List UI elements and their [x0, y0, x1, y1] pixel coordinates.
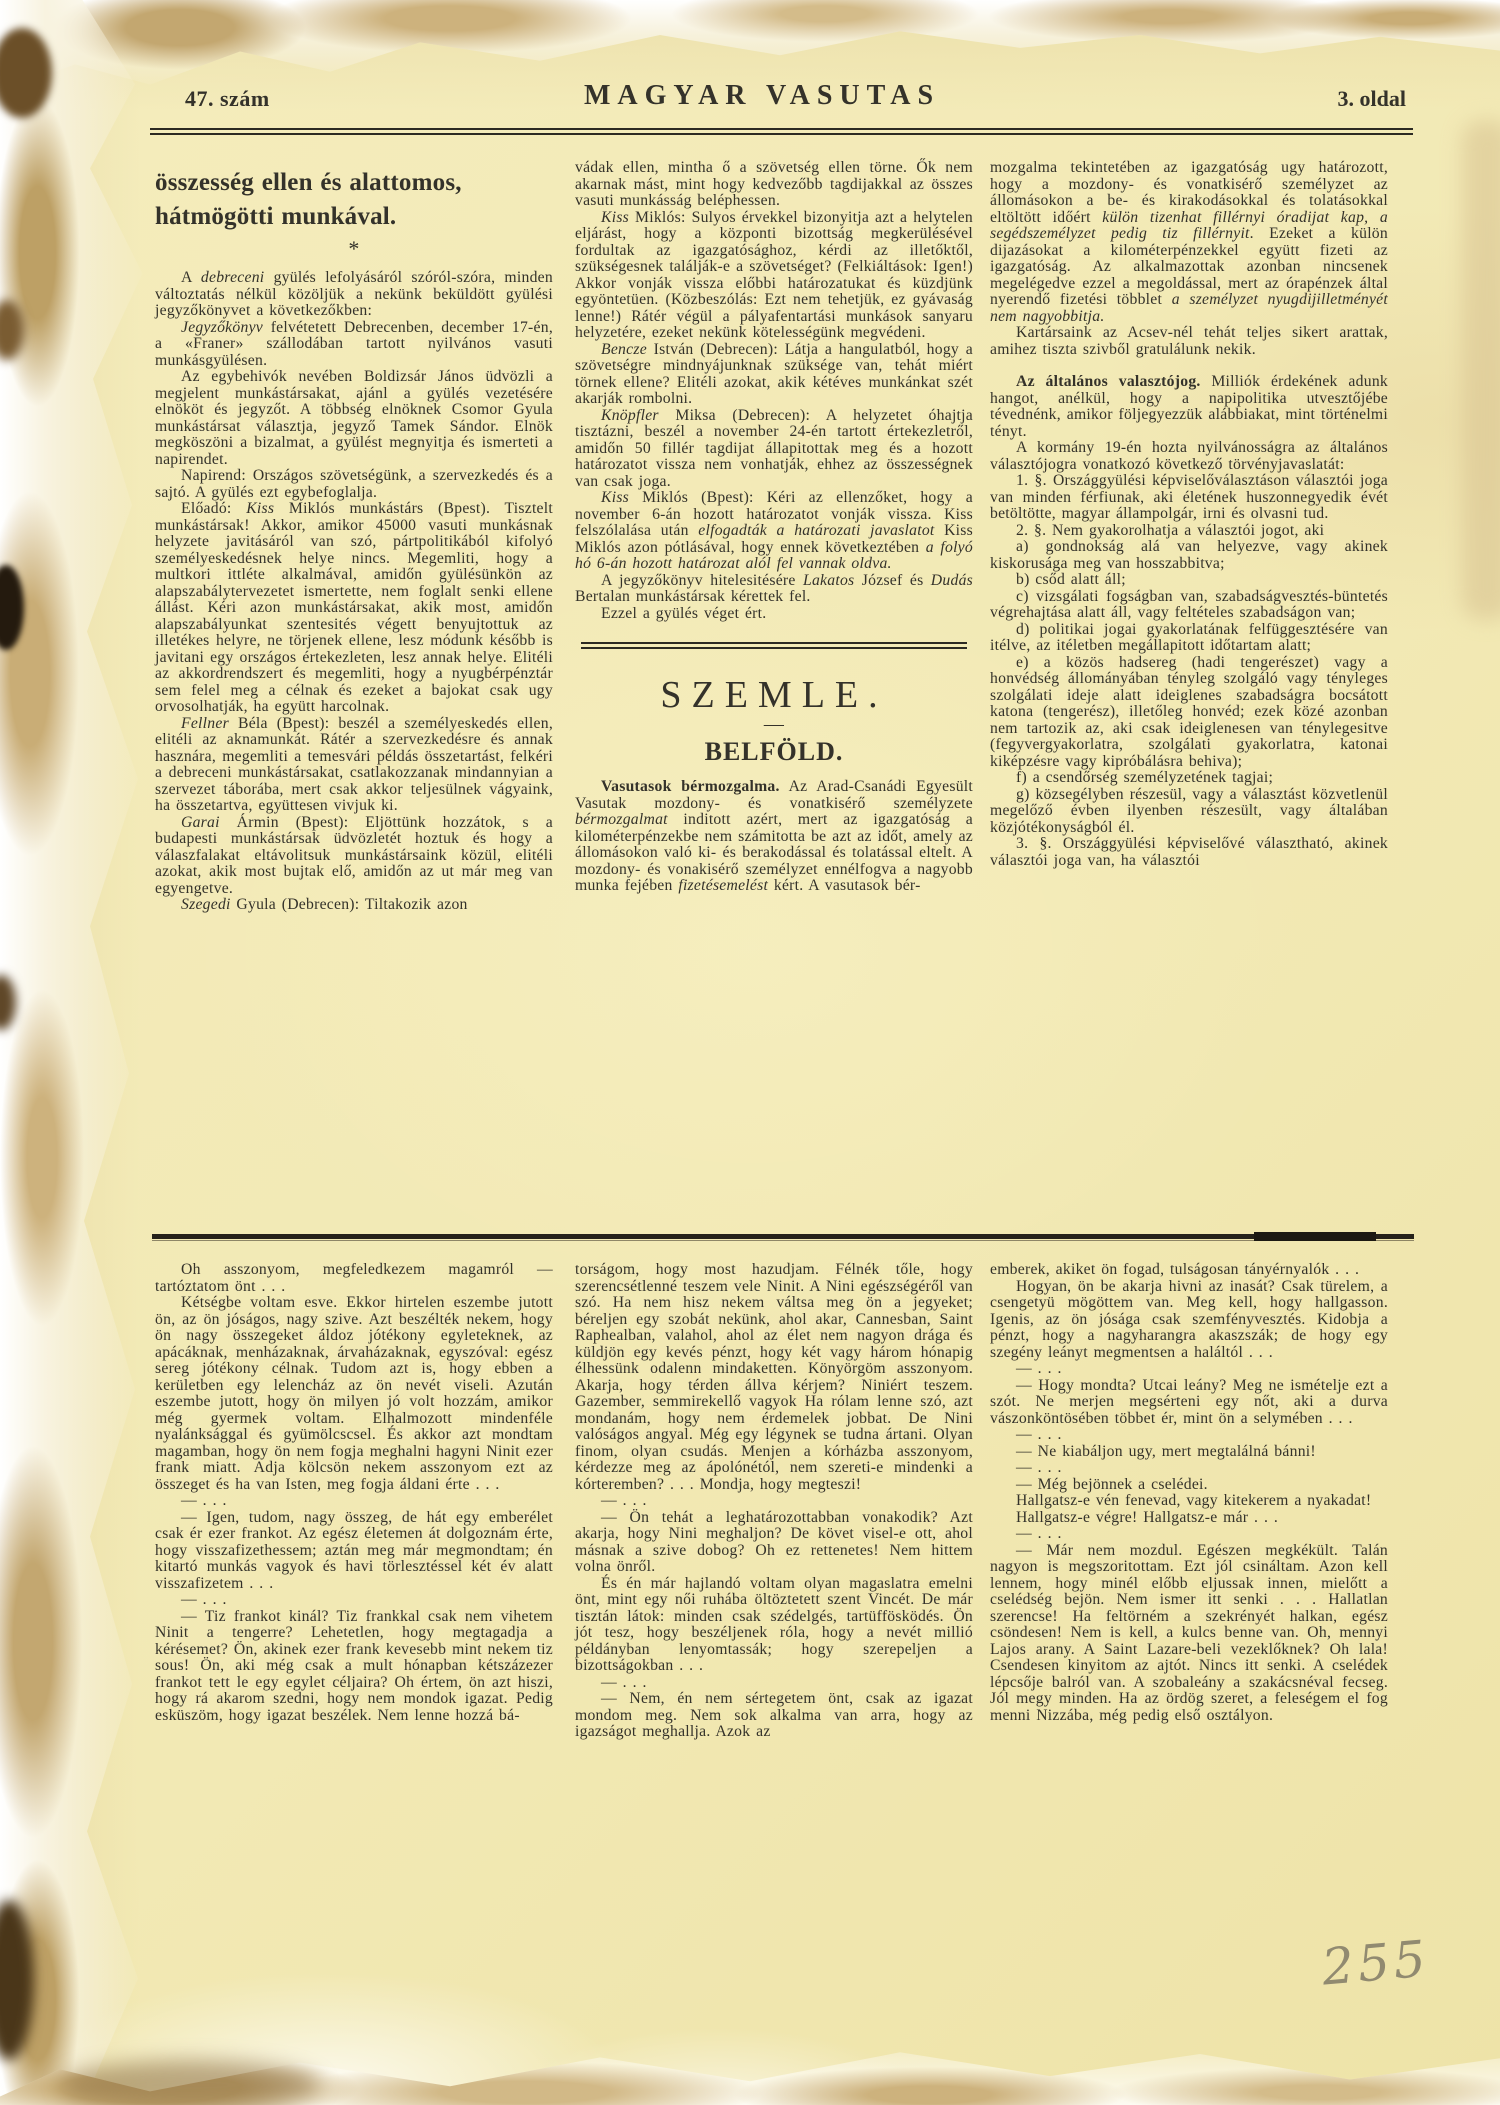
- paragraph: emberek, akiket ön fogad, tulságosan tán…: [990, 1262, 1388, 1279]
- paragraph: 2. §. Nem gyakorolhatja a választói jogo…: [990, 523, 1388, 540]
- paragraph: Vasutasok bérmozgalma. Az Arad-Csanádi E…: [575, 779, 973, 895]
- paper-shade: [1462, 120, 1500, 620]
- paragraph: Hogyan, ön be akarja hivni az inasát? Cs…: [990, 1279, 1388, 1362]
- paragraph: Hallgatsz-e végre! Hallgatsz-e már . . .: [990, 1510, 1388, 1527]
- paragraph: — Hogy mondta? Utcai leány? Meg ne ismét…: [990, 1378, 1388, 1428]
- ink-blotch: [0, 300, 24, 360]
- issue-number: 47. szám: [185, 86, 270, 112]
- paragraph: — . . .: [990, 1427, 1388, 1444]
- paragraph: 1. §. Országgyülési képviselőválasztáson…: [990, 473, 1388, 523]
- paragraph: Kiss Miklós: Sulyos érvekkel bizonyitja …: [575, 210, 973, 342]
- paragraph: Jegyzőkönyv felvétetett Debrecenben, dec…: [155, 320, 553, 370]
- page-number-label: 3. oldal: [1338, 86, 1406, 112]
- paragraph: — . . .: [990, 1460, 1388, 1477]
- paragraph: A debreceni gyülés lefolyásáról szóról-s…: [155, 270, 553, 320]
- paragraph: Bencze István (Debrecen): Látja a hangul…: [575, 342, 973, 408]
- paragraph: — . . .: [990, 1526, 1388, 1543]
- paragraph: — Ön tehát a leghatározottabban vonakodi…: [575, 1510, 973, 1576]
- paragraph: A jegyzőkönyv hitelesitésére Lakatos Józ…: [575, 573, 973, 606]
- paragraph: — . . .: [575, 1493, 973, 1510]
- paragraph: e) a közös hadsereg (hadi tengerészet) v…: [990, 655, 1388, 771]
- article-column-1: összesség ellen és alattomos, hátmögötti…: [155, 160, 553, 914]
- paragraph: f) a csendőrség személyzetének tagjai;: [990, 770, 1388, 787]
- newspaper-scan: 47. szám MAGYAR VASUTAS 3. oldal összess…: [0, 0, 1500, 2105]
- paragraph: g) közsegélyben részesül, vagy a választ…: [990, 787, 1388, 837]
- paragraph: b) csőd alatt áll;: [990, 572, 1388, 589]
- szemle-divider-rule: [581, 642, 967, 649]
- feuilleton-column-2: torságom, hogy most hazudjam. Félnék től…: [575, 1262, 973, 1741]
- paragraph: c) vizsgálati fogságban van, szabadságve…: [990, 589, 1388, 622]
- paragraph: — Nem, én nem sértegetem önt, csak az ig…: [575, 1691, 973, 1741]
- paragraph: — . . .: [575, 1675, 973, 1692]
- szemle-heading: SZEMLE.: [575, 675, 973, 715]
- header-rule: [150, 128, 1413, 135]
- handwritten-page-number: 255: [1320, 1929, 1432, 1996]
- paragraph: A kormány 19-én hozta nyilvánosságra az …: [990, 440, 1388, 473]
- paragraph: 3. §. Országgyülési képviselővé választh…: [990, 836, 1388, 869]
- paragraph: — Igen, tudom, nagy összeg, de hát egy e…: [155, 1510, 553, 1593]
- paragraph: — . . .: [990, 1361, 1388, 1378]
- paragraph: Az egybehivók nevében Boldizsár János üd…: [155, 369, 553, 468]
- torn-edge-left: [0, 0, 150, 2105]
- masthead-title: MAGYAR VASUTAS: [584, 80, 940, 112]
- paragraph: Ezzel a gyülés véget ért.: [575, 606, 973, 623]
- paragraph: Fellner Béla (Bpest): beszél a személyes…: [155, 716, 553, 815]
- ink-blotch: [0, 975, 16, 1030]
- ink-blotch: [60, 2060, 320, 2105]
- paragraph: vádak ellen, mintha ő a szövetség ellen …: [575, 160, 973, 210]
- paragraph: Garai Ármin (Bpest): Eljöttünk hozzátok,…: [155, 815, 553, 898]
- paragraph: Kartársaink az Acsev-nél tehát teljes si…: [990, 325, 1388, 358]
- belfold-heading: BELFÖLD.: [575, 737, 973, 767]
- paragraph: d) politikai jogai gyakorlatának felfügg…: [990, 622, 1388, 655]
- feuilleton-column-3: emberek, akiket ön fogad, tulságosan tán…: [990, 1262, 1388, 1724]
- szemle-dash: —: [575, 717, 973, 731]
- torn-edge-bottom: [0, 2020, 1500, 2105]
- paragraph: a) gondnokság alá van helyezve, vagy aki…: [990, 539, 1388, 572]
- paragraph: És én már hajlandó voltam olyan magaslat…: [575, 1576, 973, 1675]
- feuilleton-column-1: Oh asszonyom, megfeledkezem magamról — t…: [155, 1262, 553, 1724]
- ink-blotch: [0, 28, 52, 118]
- paragraph: — Már nem mozdul. Egészen megkékült. Tal…: [990, 1543, 1388, 1725]
- paragraph: — . . .: [155, 1493, 553, 1510]
- paragraph: Napirend: Országos szövetségünk, a szerv…: [155, 468, 553, 501]
- feuilleton-divider-rule: [152, 1234, 1414, 1239]
- paragraph: torságom, hogy most hazudjam. Félnék től…: [575, 1262, 973, 1493]
- paragraph: Oh asszonyom, megfeledkezem magamról — t…: [155, 1262, 553, 1295]
- paragraph: Kiss Miklós (Bpest): Kéri az ellenzőket,…: [575, 490, 973, 573]
- paragraph: — Még bejönnek a cselédei.: [990, 1477, 1388, 1494]
- paragraph: — Tiz frankot kinál? Tiz frankkal csak n…: [155, 1609, 553, 1725]
- article-column-2: vádak ellen, mintha ő a szövetség ellen …: [575, 160, 973, 895]
- torn-edge-top: [0, 0, 1500, 92]
- paragraph: Hallgatsz-e vén fenevad, vagy kitekerem …: [990, 1493, 1388, 1510]
- paragraph: Az általános valasztójog. Milliók érdeké…: [990, 374, 1388, 440]
- paragraph: — . . .: [155, 1592, 553, 1609]
- article-lead: összesség ellen és alattomos, hátmögötti…: [155, 166, 553, 234]
- paragraph: mozgalma tekintetében az igazgatóság ugy…: [990, 160, 1388, 325]
- article-column-3: mozgalma tekintetében az igazgatóság ugy…: [990, 160, 1388, 869]
- paragraph: Szegedi Gyula (Debrecen): Tiltakozik azo…: [155, 897, 553, 914]
- paragraph: — Ne kiabáljon ugy, mert megtalálná bánn…: [990, 1444, 1388, 1461]
- ink-blotch: [0, 1900, 34, 2060]
- section-star: *: [155, 238, 553, 260]
- paragraph: Knöpfler Miksa (Debrecen): A helyzetet ó…: [575, 408, 973, 491]
- ink-blotch: [0, 565, 24, 650]
- paragraph: Kétségbe voltam esve. Ekkor hirtelen esz…: [155, 1295, 553, 1493]
- paragraph: Előadó: Kiss Miklós munkástárs (Bpest). …: [155, 501, 553, 716]
